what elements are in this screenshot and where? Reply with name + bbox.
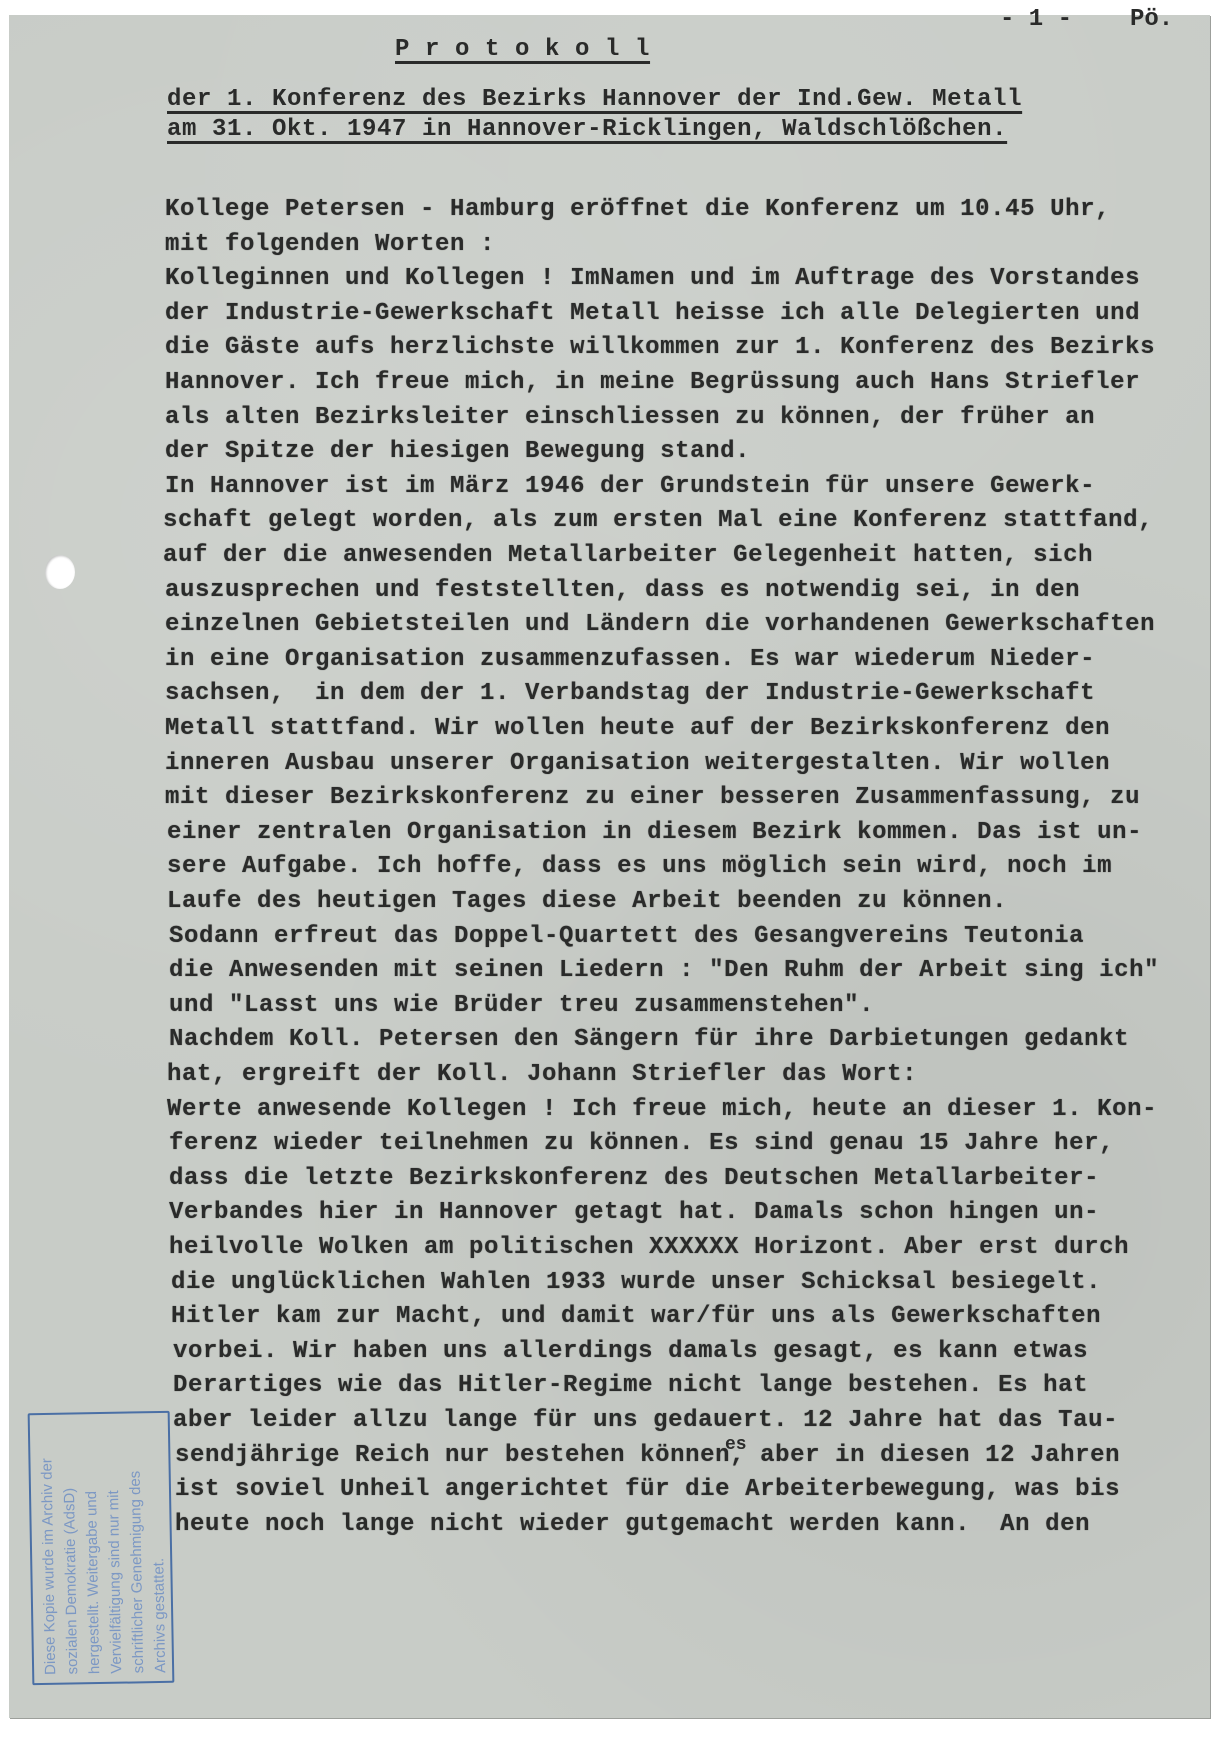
punch-hole-top [45,555,75,589]
body-line: Hannover. Ich freue mich, in meine Begrü… [165,368,1140,398]
body-line: hat, ergreift der Koll. Johann Striefler… [167,1060,917,1090]
body-line: Kollege Petersen - Hamburg eröffnet die … [165,195,1110,225]
body-line: sere Aufgabe. Ich hoffe, dass es uns mög… [167,852,1112,882]
body-line: der Spitze der hiesigen Bewegung stand. [165,437,750,467]
body-line: als alten Bezirksleiter einschliessen zu… [165,403,1095,433]
body-line: heute noch lange nicht wieder gutgemacht… [175,1510,1090,1540]
archive-stamp: Diese Kopie wurde im Archiv der sozialen… [28,1411,175,1685]
body-line: ist soviel Unheil angerichtet für die Ar… [175,1475,1120,1505]
body-line: die Anwesenden mit seinen Liedern : "Den… [169,956,1159,986]
body-line: die unglücklichen Wahlen 1933 wurde unse… [171,1268,1101,1298]
body-line: ferenz wieder teilnehmen zu können. Es s… [169,1129,1114,1159]
page-initials: Pö. [1130,6,1173,33]
body-line: Nachdem Koll. Petersen den Sängern für i… [169,1025,1129,1055]
document-subtitle-line-2: am 31. Okt. 1947 in Hannover-Ricklingen,… [167,116,1007,143]
body-line: die Gäste aufs herzlichste willkommen zu… [165,333,1155,363]
body-line: dass die letzte Bezirkskonferenz des Deu… [169,1164,1099,1194]
body-line: mit dieser Bezirkskonferenz zu einer bes… [165,783,1140,813]
body-line: Verbandes hier in Hannover getagt hat. D… [169,1198,1099,1228]
body-line: sendjährige Reich nur bestehen können, a… [175,1441,1120,1471]
document-title: P r o t o k o l l [395,36,650,63]
archive-stamp-text: Diese Kopie wurde im Archiv der sozialen… [30,1413,173,1683]
body-line: vorbei. Wir haben uns allerdings damals … [173,1337,1088,1367]
body-line: auf der die anwesenden Metallarbeiter Ge… [163,541,1093,571]
body-line: in eine Organisation zusammenzufassen. E… [165,645,1095,675]
body-line: Derartiges wie das Hitler-Regime nicht l… [173,1371,1088,1401]
body-line: Werte anwesende Kollegen ! Ich freue mic… [167,1095,1157,1125]
document-subtitle-line-1: der 1. Konferenz des Bezirks Hannover de… [167,86,1022,113]
page-number: - 1 - [1000,6,1072,33]
body-line: Laufe des heutigen Tages diese Arbeit be… [167,887,1007,917]
body-line: schaft gelegt worden, als zum ersten Mal… [163,506,1153,536]
body-line: Metall stattfand. Wir wollen heute auf d… [165,714,1110,744]
body-line: einer zentralen Organisation in diesem B… [167,818,1142,848]
body-line: sachsen, in dem der 1. Verbandstag der I… [165,679,1095,709]
body-line: inneren Ausbau unserer Organisation weit… [165,749,1110,779]
body-line: und "Lasst uns wie Brüder treu zusammens… [169,991,874,1021]
body-line: heilvolle Wolken am politischen XXXXXX H… [169,1233,1129,1263]
body-line: Sodann erfreut das Doppel-Quartett des G… [169,922,1084,952]
body-line: Kolleginnen und Kollegen ! ImNamen und i… [165,264,1140,294]
body-line: In Hannover ist im März 1946 der Grundst… [165,472,1095,502]
body-line: der Industrie-Gewerkschaft Metall heisse… [165,299,1140,329]
body-line: aber leider allzu lange für uns gedauert… [173,1406,1118,1436]
inserted-word-annotation: es [725,1435,747,1455]
body-line: einzelnen Gebietsteilen und Ländern die … [165,610,1155,640]
body-line: auszusprechen und feststellten, dass es … [165,576,1080,606]
body-line: Hitler kam zur Macht, und damit war/für … [171,1302,1101,1332]
body-line: mit folgenden Worten : [165,230,495,260]
